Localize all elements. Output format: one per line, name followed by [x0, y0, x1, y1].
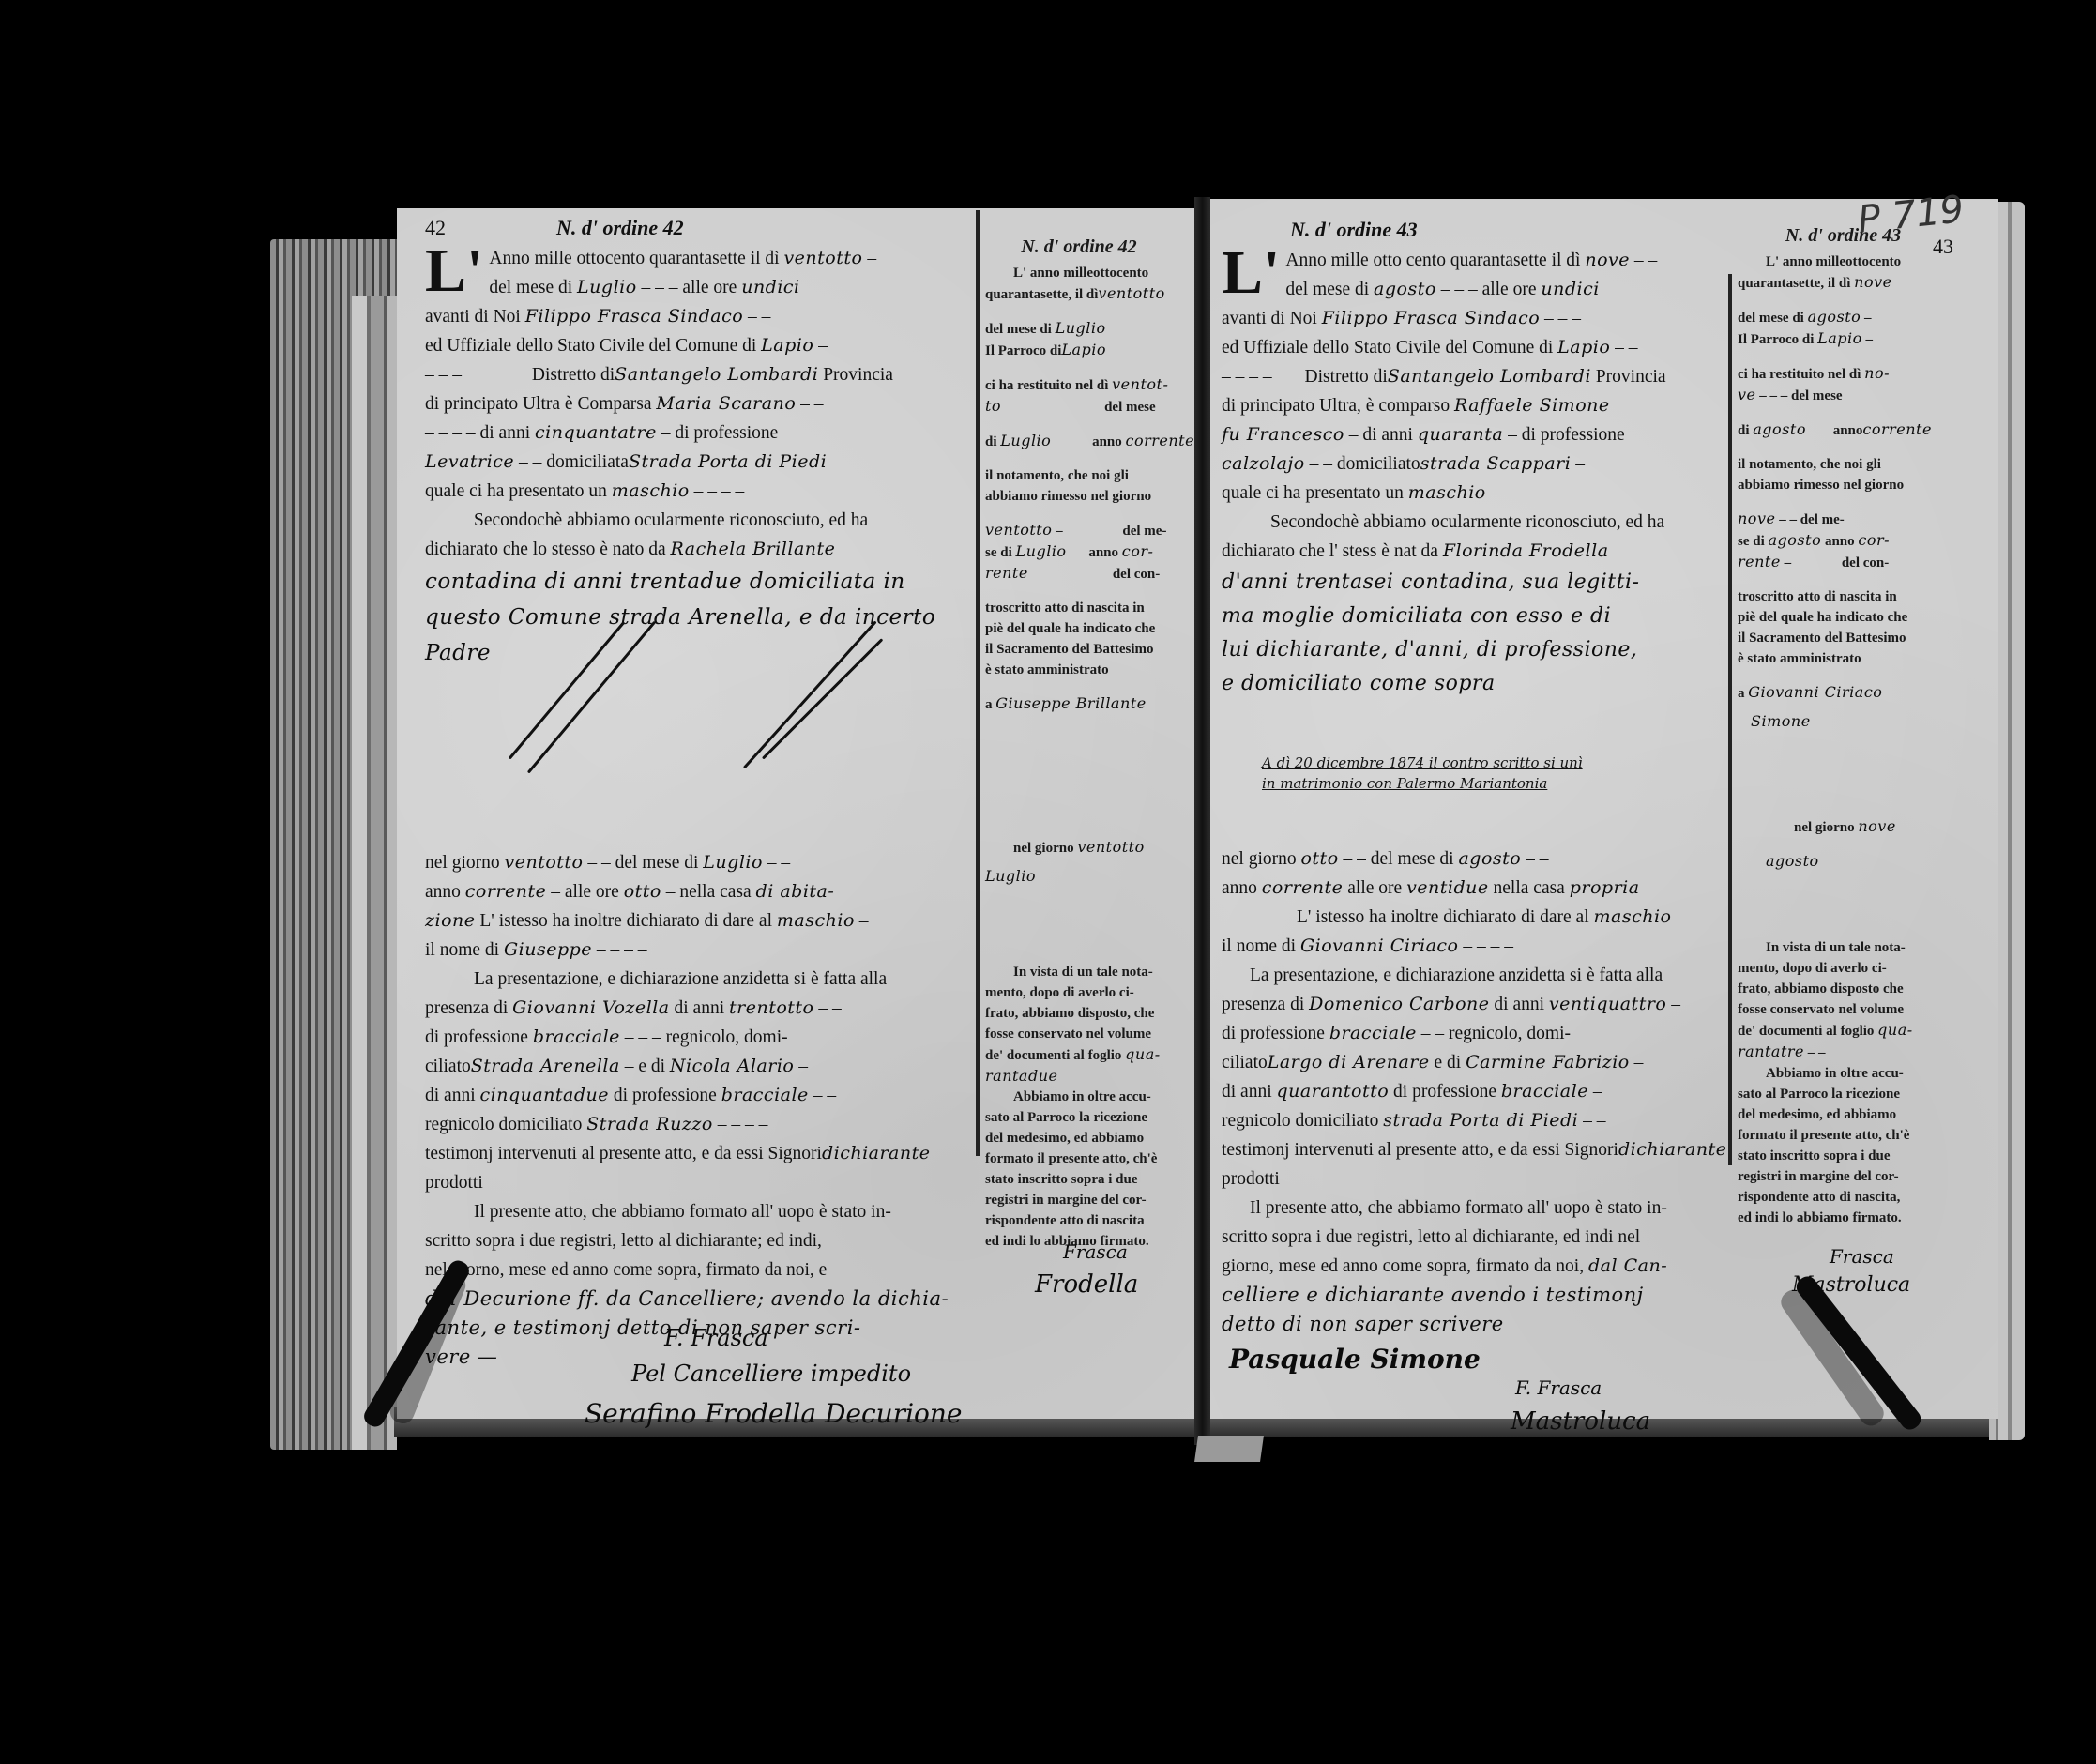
- printed-text: Il Parroco di: [1738, 332, 1814, 347]
- handwritten-text: to: [985, 397, 1001, 415]
- margin-header: N. d' ordine 43: [1738, 225, 1949, 246]
- handwritten-baptized-name: Giovanni Ciriaco: [1748, 683, 1882, 701]
- printed-text: a: [1738, 686, 1745, 701]
- handwritten-witness-2: Carmine Fabrizio: [1466, 1052, 1630, 1072]
- handwritten-house: propria: [1570, 877, 1640, 898]
- printed-text: il nome di: [1222, 936, 1296, 956]
- left-page-edges: [352, 296, 397, 1450]
- printed-text: frato, abbiamo disposto che: [1738, 979, 1949, 999]
- handwritten-line: ma moglie domiciliata con esso e di: [1222, 600, 1728, 633]
- handwritten-patronymic: fu Francesco: [1222, 424, 1344, 445]
- printed-text: alle ore: [1482, 280, 1537, 299]
- printed-text: il Sacramento del Battesimo: [1738, 628, 1949, 648]
- printed-text: e di: [638, 1057, 665, 1076]
- printed-text: L' anno milleottocento: [1738, 251, 1949, 272]
- binding-tab: [1194, 1436, 1264, 1462]
- annotation-line: in matrimonio con Palermo Mariantonia: [1262, 773, 1583, 794]
- printed-text: fosse conservato nel volume: [1738, 999, 1949, 1020]
- printed-text: di anni: [675, 998, 725, 1018]
- annotation-line: A dì 20 dicembre 1874 il contro scritto …: [1262, 753, 1583, 773]
- handwritten-year: corrente: [1262, 877, 1344, 898]
- handwritten-text: Simone: [1738, 711, 1949, 732]
- birth-act-43: L' Anno mille otto cento quarantasette i…: [1222, 246, 1728, 701]
- handwritten-year: corrente: [465, 881, 547, 902]
- printed-text: L' istesso ha inoltre dichiarato di dare…: [479, 911, 772, 931]
- printed-text: regnicolo, domi-: [1449, 1024, 1571, 1043]
- printed-text: scritto sopra i due registri, letto al d…: [425, 1226, 974, 1255]
- printed-text: de' documenti al foglio: [985, 1048, 1121, 1063]
- handwritten-text: corrente: [1862, 420, 1932, 438]
- handwritten-witness-2-age: cinquantadue: [480, 1085, 610, 1105]
- handwritten-text: rantatre: [1738, 1042, 1804, 1060]
- margin-baptism-note-42: N. d' ordine 42 L' anno milleottocento q…: [985, 236, 1173, 1252]
- printed-text: formato il presente atto, ch'è: [985, 1148, 1173, 1169]
- printed-text: di professione: [1222, 1024, 1325, 1043]
- handwritten-district: Santangelo Lombardi: [1388, 366, 1591, 387]
- printed-text: del mese di: [615, 853, 699, 873]
- handwritten-text: agosto: [1808, 308, 1861, 326]
- birth-details-43: nel giorno otto – – del mese di agosto –…: [1222, 844, 1733, 1339]
- printed-text: di principato Ultra è Comparsa: [425, 394, 652, 414]
- handwritten-line: contadina di anni trentadue domiciliata …: [425, 564, 969, 600]
- handwritten-text: ve: [1738, 386, 1756, 403]
- printed-text: Abbiamo in oltre accu-: [985, 1087, 1173, 1107]
- printed-text: Il presente atto, che abbiamo formato al…: [1222, 1194, 1733, 1223]
- printed-text: nella casa: [1494, 878, 1565, 898]
- printed-text: regnicolo, domi-: [666, 1027, 788, 1047]
- printed-text: Anno mille otto cento quarantasette il d…: [1285, 251, 1580, 270]
- printed-text: testimonj intervenuti al presente atto, …: [425, 1144, 822, 1163]
- printed-text: il nome di: [425, 940, 499, 960]
- printed-text: abbiamo rimesso nel giorno: [985, 486, 1173, 507]
- birth-details-42: nel giorno ventotto – – del mese di Lugl…: [425, 848, 974, 1372]
- printed-text: In vista di un tale nota-: [1738, 937, 1949, 958]
- printed-text: di anni: [425, 1086, 476, 1105]
- printed-text: nel giorno: [425, 853, 500, 873]
- printed-text: Secondochè abbiamo ocularmente riconosci…: [425, 506, 969, 535]
- printed-text: nel giorno, mese ed anno come sopra, fir…: [425, 1255, 974, 1285]
- printed-text: di principato Ultra, è comparso: [1222, 396, 1450, 416]
- handwritten-witness-1-age: ventiquattro: [1549, 994, 1666, 1014]
- printed-text: di professione: [425, 1027, 528, 1047]
- printed-text: rispondente atto di nascita: [985, 1210, 1173, 1231]
- printed-text: L' anno milleottocento: [985, 263, 1173, 283]
- handwritten-child-name: Giovanni Ciriaco: [1300, 935, 1459, 956]
- handwritten-line: e domiciliato come sopra: [1222, 667, 1728, 701]
- printed-text: di anni: [480, 423, 531, 443]
- handwritten-text: agosto: [1753, 420, 1806, 438]
- printed-text: troscritto atto di nascita in: [985, 598, 1173, 618]
- handwritten-profession: Levatrice: [425, 451, 514, 472]
- printed-text: prodotti: [1222, 1164, 1733, 1194]
- handwritten-text: Luglio: [1056, 319, 1106, 337]
- act-header: N. d' ordine 43: [1290, 218, 1418, 242]
- handwritten-declarant: Raffaele Simone: [1454, 395, 1610, 416]
- handwritten-sex: maschio: [612, 480, 690, 501]
- right-page: P 719 43 N. d' ordine 43 L' Anno mille o…: [1210, 199, 1998, 1419]
- printed-text: ed indi lo abbiamo firmato.: [1738, 1208, 1949, 1228]
- printed-text: del mese: [1791, 388, 1843, 403]
- printed-text: del me-: [1122, 524, 1166, 539]
- printed-text: quale ci ha presentato un: [425, 481, 607, 501]
- handwritten-day: ventotto: [783, 248, 862, 268]
- printed-text: ciliato: [1222, 1053, 1268, 1072]
- left-page-stack: [270, 239, 397, 1450]
- column-rule: [976, 210, 980, 1156]
- printed-text: formato il presente atto, ch'è: [1738, 1125, 1949, 1146]
- printed-text: del con-: [1113, 567, 1160, 582]
- handwritten-baptized-name: Giuseppe Brillante: [995, 694, 1146, 712]
- printed-text: rispondente atto di nascita,: [1738, 1187, 1949, 1208]
- printed-text: Abbiamo in oltre accu-: [1738, 1063, 1949, 1084]
- handwritten-text: Luglio: [985, 866, 1173, 887]
- printed-text: registri in margine del cor-: [1738, 1166, 1949, 1187]
- printed-text: Provincia: [823, 365, 893, 385]
- handwritten-hour: undici: [1541, 279, 1599, 299]
- handwritten-sex: maschio: [1408, 482, 1486, 503]
- handwritten-text: Lapio: [1061, 341, 1106, 358]
- printed-text: di anni: [1494, 995, 1544, 1014]
- handwritten-text: nove: [1858, 817, 1895, 835]
- printed-text: nella casa: [679, 882, 751, 902]
- signature-mayor: F. Frasca: [1515, 1376, 1602, 1399]
- printed-text: regnicolo domiciliato: [425, 1115, 582, 1134]
- printed-text: di anni: [1362, 425, 1413, 445]
- handwritten-text: zione: [425, 910, 476, 931]
- printed-text: anno: [1833, 423, 1863, 438]
- signature-decurion: Serafino Frodella Decurione: [585, 1398, 963, 1429]
- printed-text: del mese di: [1371, 849, 1454, 869]
- handwritten-witness-2: Nicola Alario: [670, 1056, 794, 1076]
- printed-text: Distretto di: [532, 365, 615, 385]
- printed-text: di professione: [675, 423, 778, 443]
- margin-signature-decurion: Frodella: [1035, 1270, 1138, 1299]
- signature-chancellor: Mastroluca: [1511, 1407, 1650, 1436]
- margin-header: N. d' ordine 42: [985, 236, 1173, 257]
- handwritten-birth-day: otto: [1300, 848, 1338, 869]
- printed-text: ed Uffiziale dello Stato Civile del Comu…: [1222, 338, 1553, 357]
- handwritten-text: nove: [1738, 509, 1775, 527]
- printed-text: del medesimo, ed abbiamo: [1738, 1104, 1949, 1125]
- signature-mayor: F. Frasca: [664, 1325, 768, 1351]
- handwritten-text: Lapio: [1817, 329, 1862, 347]
- handwritten-text: rantadue: [985, 1066, 1173, 1087]
- printed-text: anno: [425, 882, 461, 902]
- printed-text: anno: [1092, 434, 1122, 449]
- printed-text: Anno mille ottocento quarantasette il dì: [489, 249, 779, 268]
- printed-text: presenza di: [1222, 995, 1304, 1014]
- printed-text: scritto sopra i due registri, letto al d…: [1222, 1223, 1733, 1252]
- dropcap: L': [425, 246, 483, 297]
- printed-text: L' istesso ha inoltre dichiarato di dare…: [1297, 907, 1589, 927]
- handwritten-witness-1-age: trentotto: [729, 997, 813, 1018]
- printed-text: se di: [985, 545, 1012, 560]
- printed-text: Secondochè abbiamo ocularmente riconosci…: [1222, 508, 1728, 537]
- handwritten-child-name: Giuseppe: [504, 939, 592, 960]
- handwritten-text: ventot-: [1112, 375, 1168, 393]
- printed-text: anno: [1088, 545, 1118, 560]
- printed-text: domiciliato: [1337, 454, 1420, 474]
- printed-text: stato inscritto sopra i due: [985, 1169, 1173, 1190]
- act-header: N. d' ordine 42: [556, 216, 684, 240]
- handwritten-text: cor-: [1858, 531, 1890, 549]
- handwritten-month: Luglio: [577, 277, 637, 297]
- printed-text: de' documenti al foglio: [1738, 1024, 1874, 1039]
- handwritten-line: celliere e dichiarante avendo i testimon…: [1222, 1281, 1733, 1310]
- handwritten-hour: undici: [741, 277, 799, 297]
- printed-text: nel giorno: [1222, 849, 1297, 869]
- handwritten-text: dichiarante: [1618, 1139, 1727, 1160]
- handwritten-text: ventotto: [1077, 838, 1144, 856]
- signature-declarant: Pasquale Simone: [1229, 1344, 1481, 1375]
- printed-text: ci ha restituito nel dì: [1738, 367, 1861, 382]
- handwritten-witness-1-profession: bracciale: [1329, 1023, 1417, 1043]
- handwritten-line: d'anni trentasei contadina, sua legitti-: [1222, 566, 1728, 600]
- handwritten-sex: maschio: [777, 910, 855, 931]
- printed-text: Provincia: [1596, 367, 1666, 387]
- printed-text: frato, abbiamo disposto, che: [985, 1003, 1173, 1024]
- printed-text: ciliato: [425, 1057, 471, 1076]
- printed-text: stato inscritto sopra i due: [1738, 1146, 1949, 1166]
- printed-text: Il presente atto, che abbiamo formato al…: [425, 1197, 974, 1226]
- printed-text: La presentazione, e dichiarazione anzide…: [425, 965, 974, 994]
- printed-text: di professione: [614, 1086, 717, 1105]
- printed-text: testimonj intervenuti al presente atto, …: [1222, 1140, 1618, 1160]
- handwritten-witness-2-address: strada Porta di Piedi: [1383, 1110, 1578, 1131]
- printed-text: dichiarato che l' stess è nat da: [1222, 541, 1438, 561]
- margin-baptism-note-43: N. d' ordine 43 L' anno milleottocento q…: [1738, 225, 1949, 1228]
- printed-text: quarantasette, il dì: [985, 287, 1098, 302]
- printed-text: anno: [1222, 878, 1257, 898]
- handwritten-witness-2-address: Strada Ruzzo: [586, 1114, 713, 1134]
- handwritten-witness-1: Giovanni Vozella: [512, 997, 670, 1018]
- printed-text: troscritto atto di nascita in: [1738, 586, 1949, 607]
- printed-text: anno: [1825, 534, 1855, 549]
- printed-text: presenza di: [425, 998, 508, 1018]
- printed-text: mento, dopo di averlo ci-: [985, 982, 1173, 1003]
- printed-text: del con-: [1842, 555, 1889, 570]
- signature-note: Pel Cancelliere impedito: [631, 1361, 911, 1387]
- handwritten-line: detto di non saper scrivere: [1222, 1310, 1733, 1339]
- handwritten-birth-hour: ventidue: [1406, 877, 1489, 898]
- handwritten-text: agosto: [1738, 851, 1949, 872]
- printed-text: avanti di Noi: [425, 307, 521, 327]
- printed-text: alle ore: [682, 278, 737, 297]
- handwritten-witness-1-address: Strada Arenella: [471, 1056, 620, 1076]
- printed-text: nel giorno: [1794, 820, 1855, 835]
- handwritten-address: Strada Porta di Piedi: [629, 451, 827, 472]
- printed-text: il Sacramento del Battesimo: [985, 639, 1173, 660]
- printed-text: del mese di: [985, 322, 1052, 337]
- handwritten-line: questo Comune strada Arenella, e da ince…: [425, 600, 969, 635]
- printed-text: è stato amministrato: [1738, 648, 1949, 669]
- handwritten-commune: Lapio: [1557, 337, 1610, 357]
- printed-text: è stato amministrato: [985, 660, 1173, 680]
- printed-text: piè del quale ha indicato che: [985, 618, 1173, 639]
- printed-text: nel giorno: [1013, 841, 1074, 856]
- printed-text: In vista di un tale nota-: [985, 962, 1173, 982]
- printed-text: piè del quale ha indicato che: [1738, 607, 1949, 628]
- handwritten-day: nove: [1585, 250, 1630, 270]
- printed-text: del mese di: [1738, 311, 1804, 326]
- handwritten-witness-2-profession: bracciale: [1501, 1081, 1588, 1102]
- printed-text: Il Parroco di: [985, 343, 1061, 358]
- handwritten-text: rente: [985, 564, 1028, 582]
- printed-text: registri in margine del cor-: [985, 1190, 1173, 1210]
- handwritten-profession: calzolajo: [1222, 453, 1305, 474]
- printed-text: del mese: [1104, 400, 1156, 415]
- handwritten-text: Luglio: [1000, 432, 1051, 449]
- printed-text: ed Uffiziale dello Stato Civile del Comu…: [425, 336, 756, 356]
- handwritten-text: ventotto: [1098, 284, 1164, 302]
- printed-text: prodotti: [425, 1168, 974, 1197]
- handwritten-text: cor-: [1122, 542, 1154, 560]
- printed-text: il notamento, che noi gli: [1738, 454, 1949, 475]
- handwritten-birth-month: agosto: [1458, 848, 1521, 869]
- handwritten-text: agosto: [1769, 531, 1822, 549]
- handwritten-mother: Rachela Brillante: [671, 539, 836, 559]
- handwritten-text: ventotto: [985, 521, 1052, 539]
- handwritten-age: cinquantatre: [535, 422, 657, 443]
- handwritten-witness-1-address: Largo di Arenare: [1268, 1052, 1430, 1072]
- printed-text: avanti di Noi: [1222, 309, 1317, 328]
- printed-text: di professione: [1522, 425, 1625, 445]
- handwritten-address: strada Scappari: [1420, 453, 1572, 474]
- printed-text: a: [985, 697, 993, 712]
- printed-text: dichiarato che lo stesso è nato da: [425, 540, 666, 559]
- printed-text: di: [985, 434, 997, 449]
- handwritten-witness-2-age: quarantotto: [1277, 1081, 1390, 1102]
- handwritten-line: dal Decurione ff. da Cancelliere; avendo…: [425, 1285, 974, 1314]
- handwritten-text: qua-: [1125, 1045, 1161, 1063]
- printed-text: se di: [1738, 534, 1765, 549]
- printed-text: La presentazione, e dichiarazione anzide…: [1222, 961, 1733, 990]
- handwritten-text: corrente: [1126, 432, 1195, 449]
- handwritten-district: Santangelo Lombardi: [615, 364, 818, 385]
- handwritten-text: dal Can-: [1588, 1255, 1667, 1276]
- dropcap: L': [1222, 248, 1280, 298]
- handwritten-birth-month: Luglio: [703, 852, 763, 873]
- printed-text: sato al Parroco la ricezione: [1738, 1084, 1949, 1104]
- printed-text: il notamento, che noi gli: [985, 465, 1173, 486]
- book-gutter: [1194, 197, 1210, 1445]
- handwritten-mayor: Filippo Frasca Sindaco: [1322, 308, 1540, 328]
- handwritten-text: qua-: [1877, 1021, 1913, 1039]
- handwritten-witness-1: Domenico Carbone: [1309, 994, 1489, 1014]
- margin-signature-mayor: Frasca: [1830, 1245, 1894, 1268]
- handwritten-line: Padre: [425, 635, 969, 671]
- printed-text: alle ore: [1347, 878, 1402, 898]
- handwritten-declarant: Maria Scarano: [656, 393, 796, 414]
- handwritten-commune: Lapio: [761, 335, 813, 356]
- printed-text: del mese di: [489, 278, 572, 297]
- handwritten-sex: maschio: [1594, 906, 1672, 927]
- handwritten-age: quaranta: [1418, 424, 1503, 445]
- handwritten-house: di abita-: [756, 881, 835, 902]
- printed-text: e di: [1435, 1053, 1462, 1072]
- handwritten-mother: Florinda Frodella: [1443, 540, 1609, 561]
- handwritten-text: rente: [1738, 553, 1781, 570]
- printed-text: domiciliata: [546, 452, 629, 472]
- printed-text: abbiamo rimesso nel giorno: [1738, 475, 1949, 495]
- handwritten-mayor: Filippo Frasca Sindaco: [525, 306, 743, 327]
- printed-text: di: [1738, 423, 1750, 438]
- printed-text: ci ha restituito nel dì: [985, 378, 1108, 393]
- handwritten-month: agosto: [1374, 279, 1436, 299]
- printed-text: Distretto di: [1305, 367, 1388, 387]
- printed-text: mento, dopo di averlo ci-: [1738, 958, 1949, 979]
- printed-text: giorno, mese ed anno come sopra, firmato…: [1222, 1256, 1584, 1276]
- printed-text: alle ore: [565, 882, 619, 902]
- printed-text: di anni: [1222, 1082, 1272, 1102]
- printed-text: del me-: [1800, 512, 1845, 527]
- handwritten-witness-1-profession: bracciale: [533, 1026, 620, 1047]
- handwritten-line: lui dichiarante, d'anni, di professione,: [1222, 633, 1728, 667]
- printed-text: del mese di: [1285, 280, 1369, 299]
- printed-text: regnicolo domiciliato: [1222, 1111, 1378, 1131]
- printed-text: quarantasette, il dì: [1738, 276, 1850, 291]
- handwritten-text: dichiarante: [822, 1143, 931, 1163]
- handwritten-text: Luglio: [1016, 542, 1067, 560]
- printed-text: di professione: [1393, 1082, 1496, 1102]
- margin-signature-mayor: Frasca: [1063, 1240, 1128, 1263]
- birth-act-42: L' Anno mille ottocento quarantasette il…: [425, 244, 969, 671]
- left-page: 42 N. d' ordine 42 L' Anno mille ottocen…: [397, 208, 1194, 1419]
- handwritten-text: nove: [1854, 273, 1891, 291]
- handwritten-birth-hour: otto: [624, 881, 661, 902]
- printed-text: sato al Parroco la ricezione: [985, 1107, 1173, 1128]
- handwritten-birth-day: ventotto: [504, 852, 583, 873]
- printed-text: del medesimo, ed abbiamo: [985, 1128, 1173, 1148]
- printed-text: fosse conservato nel volume: [985, 1024, 1173, 1044]
- handwritten-witness-2-profession: bracciale: [721, 1085, 809, 1105]
- handwritten-text: no-: [1864, 364, 1890, 382]
- marriage-annotation: A dì 20 dicembre 1874 il contro scritto …: [1262, 753, 1583, 794]
- printed-text: quale ci ha presentato un: [1222, 483, 1404, 503]
